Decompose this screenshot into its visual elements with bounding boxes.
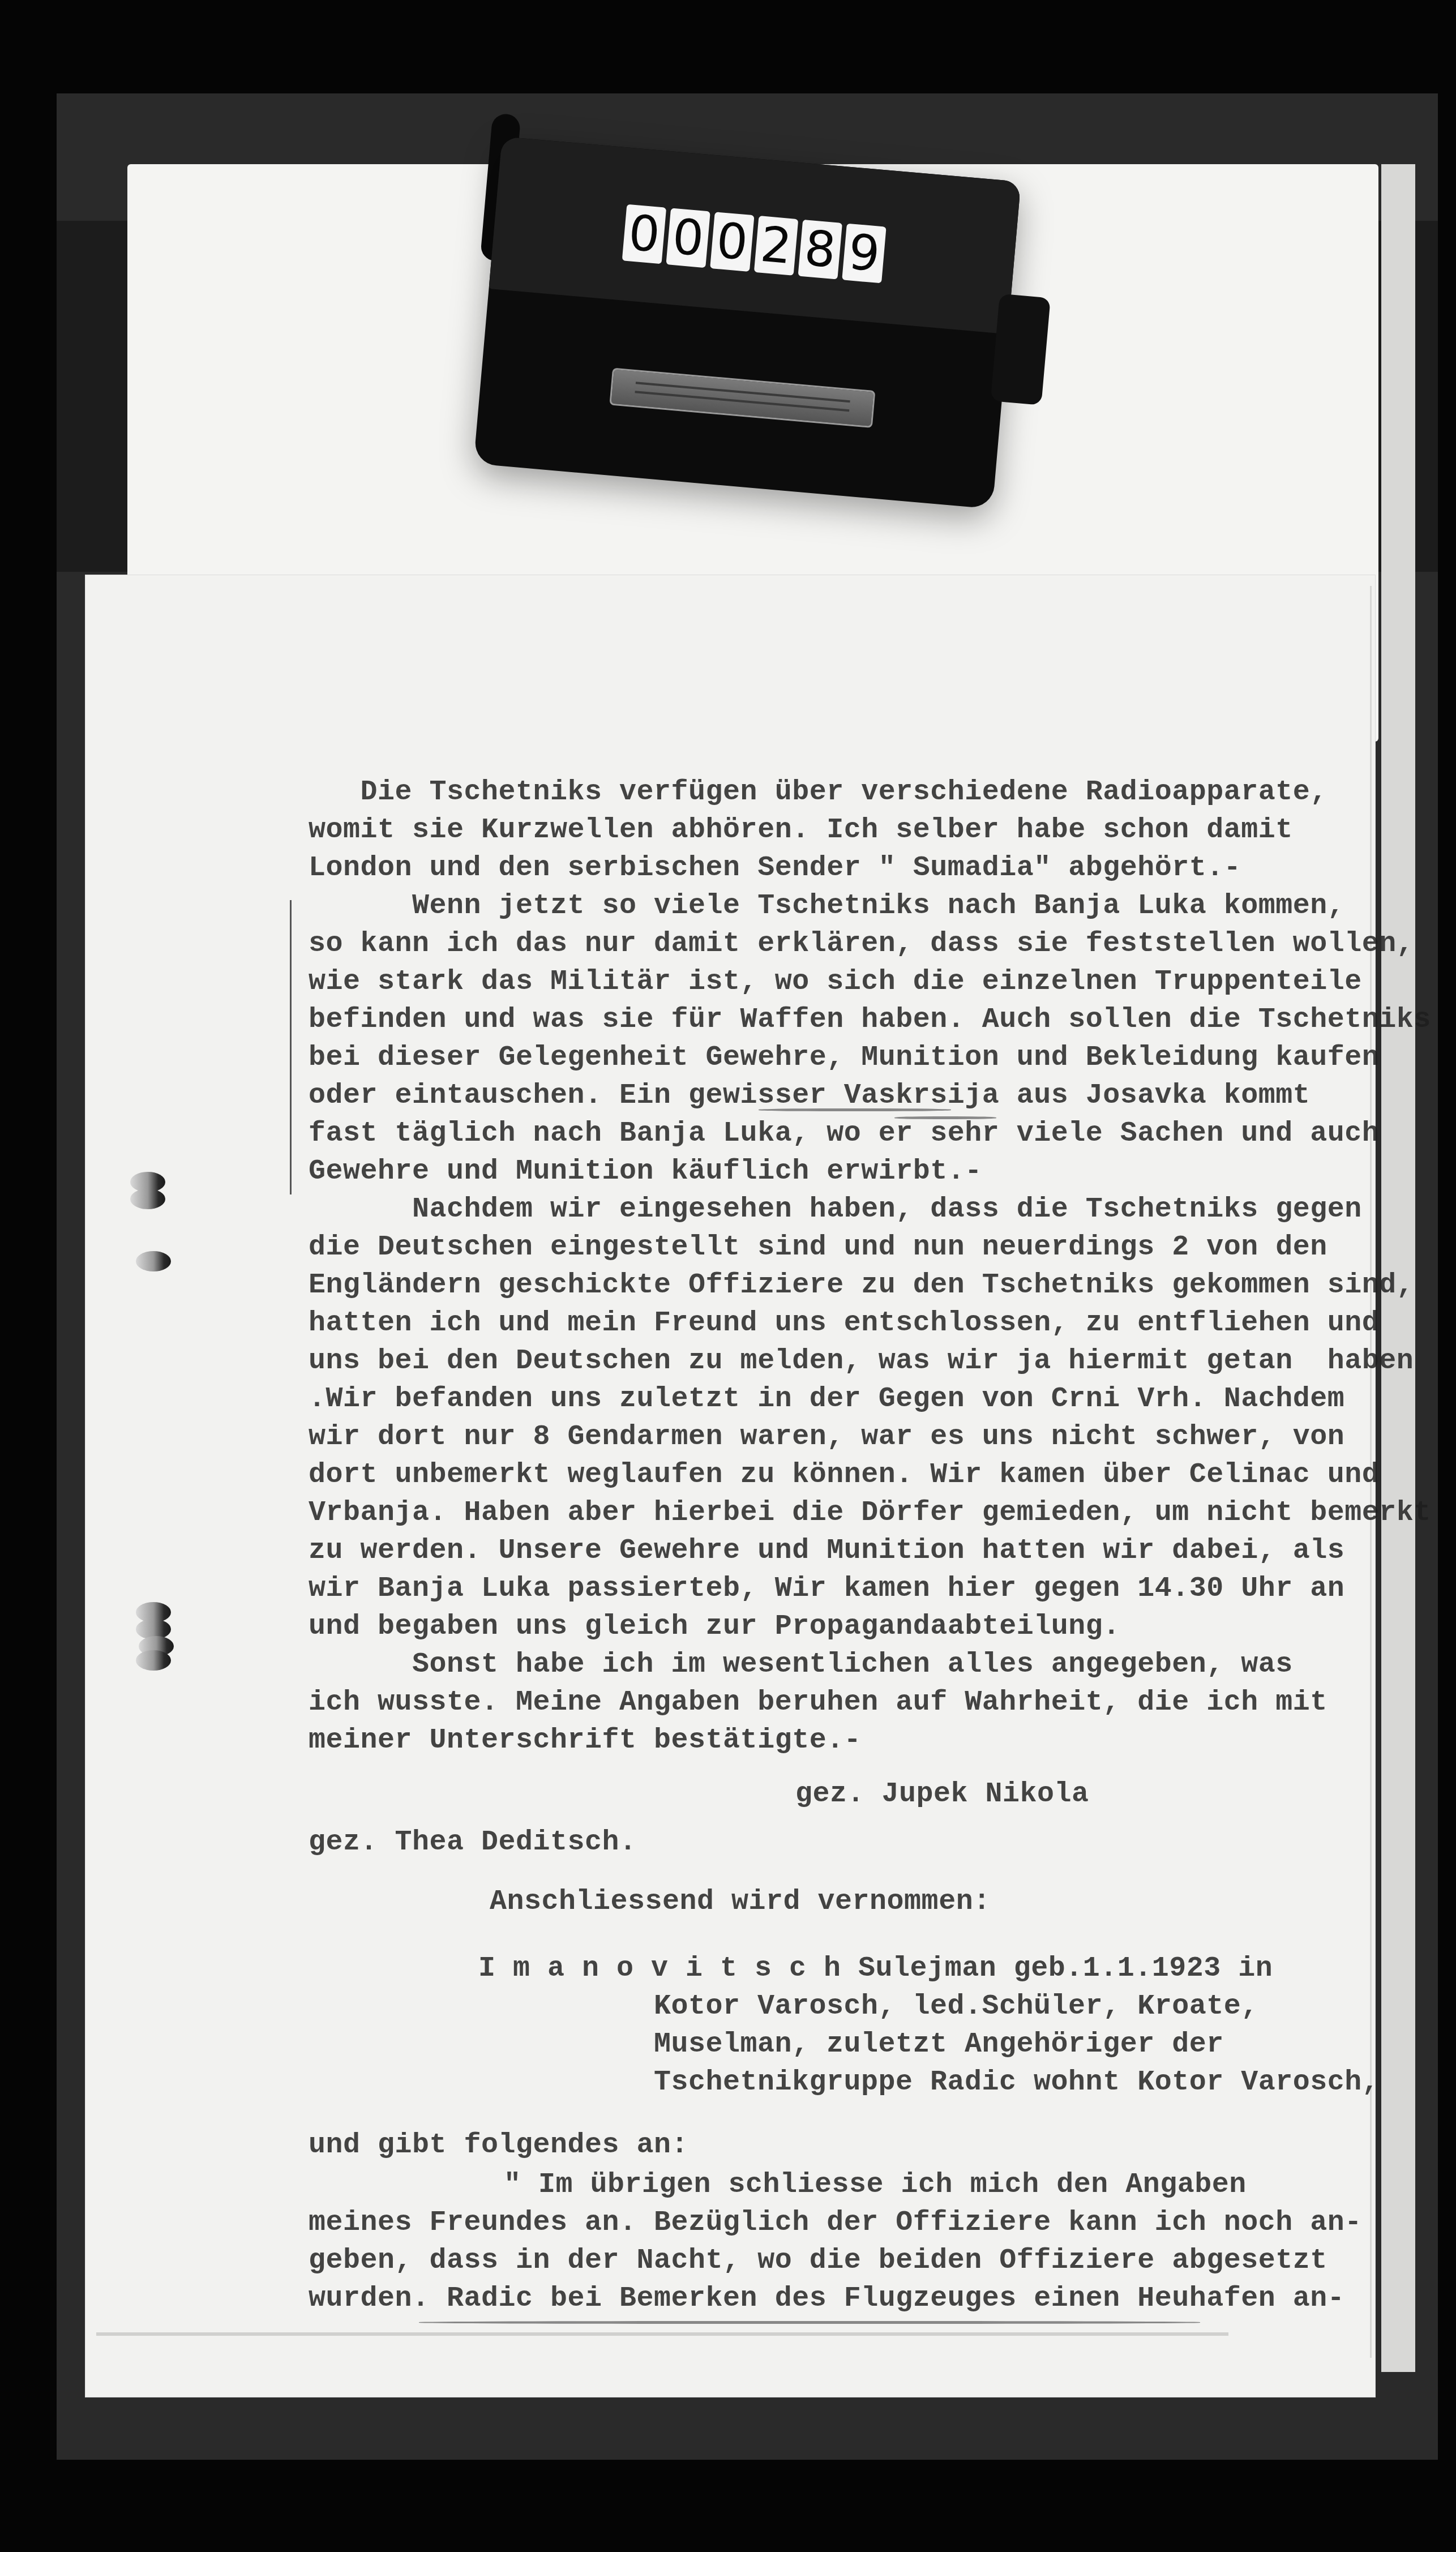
text-line: fast täglich nach Banja Luka, wo er sehr… xyxy=(309,1117,1379,1151)
text-line: und begaben uns gleich zur Propagandaabt… xyxy=(309,1610,1120,1644)
text-line: dort unbemerkt weglaufen zu können. Wir … xyxy=(309,1458,1379,1492)
text-line: Vrbanja. Haben aber hierbei die Dörfer g… xyxy=(309,1496,1431,1530)
text-line: London und den serbischen Sender " Sumad… xyxy=(309,851,1241,885)
text-line: Gewehre und Munition käuflich erwirbt.- xyxy=(309,1155,982,1189)
text-line: zu werden. Unsere Gewehre und Munition h… xyxy=(309,1534,1344,1568)
person-line: I m a n o v i t s c h Sulejman geb.1.1.1… xyxy=(478,1952,1273,1986)
text-line: oder eintauschen. Ein gewisser Vaskrsija… xyxy=(309,1079,1310,1113)
text-line: bei dieser Gelegenheit Gewehre, Munition… xyxy=(309,1041,1379,1075)
signature-deditsch: gez. Thea Deditsch. xyxy=(309,1826,637,1860)
text-line: hatten ich und mein Freund uns entschlos… xyxy=(309,1307,1379,1341)
pencil-underline xyxy=(759,1108,951,1111)
text-line: womit sie Kurzwellen abhören. Ich selber… xyxy=(309,813,1293,847)
text-line: Wenn jetzt so viele Tschetniks nach Banj… xyxy=(309,889,1344,923)
text-line: wie stark das Militär ist, wo sich die e… xyxy=(309,965,1362,999)
person-line: Kotor Varosch, led.Schüler, Kroate, xyxy=(654,1990,1258,2024)
pencil-underline xyxy=(894,1116,996,1119)
typed-text-body: Die Tschetniks verfügen über verschieden… xyxy=(0,0,1456,2552)
text-line: Engländern geschickte Offiziere zu den T… xyxy=(309,1269,1414,1303)
text-line: so kann ich das nur damit erklären, dass… xyxy=(309,927,1414,961)
pencil-underline xyxy=(419,2321,1200,2324)
text-line: Sonst habe ich im wesentlichen alles ang… xyxy=(309,1648,1293,1682)
statement-line: geben, dass in der Nacht, wo die beiden … xyxy=(309,2244,1327,2278)
section-heading: Anschliessend wird vernommen: xyxy=(490,1885,991,1919)
text-line: uns bei den Deutschen zu melden, was wir… xyxy=(309,1344,1414,1378)
statement-line: " Im übrigen schliesse ich mich den Anga… xyxy=(504,2168,1247,2202)
person-line: Muselman, zuletzt Angehöriger der xyxy=(654,2028,1224,2062)
text-line: Nachdem wir eingesehen haben, dass die T… xyxy=(309,1193,1362,1227)
text-line: Die Tschetniks verfügen über verschieden… xyxy=(309,776,1327,810)
person-line: Tschetnikgruppe Radic wohnt Kotor Varosc… xyxy=(654,2066,1379,2100)
text-line: wir Banja Luka passierteb, Wir kamen hie… xyxy=(309,1572,1344,1606)
statement-line: meines Freundes an. Bezüglich der Offizi… xyxy=(309,2206,1362,2240)
statement-intro: und gibt folgendes an: xyxy=(309,2129,688,2163)
text-line: wir dort nur 8 Gendarmen waren, war es u… xyxy=(309,1420,1344,1454)
text-line: die Deutschen eingestellt sind und nun n… xyxy=(309,1231,1327,1265)
text-line: .Wir befanden uns zuletzt in der Gegen v… xyxy=(309,1382,1344,1416)
text-line: ich wusste. Meine Angaben beruhen auf Wa… xyxy=(309,1686,1327,1720)
statement-line: wurden. Radic bei Bemerken des Flugzeuge… xyxy=(309,2282,1344,2316)
text-line: meiner Unterschrift bestätigte.- xyxy=(309,1724,861,1758)
signature-jupek: gez. Jupek Nikola xyxy=(795,1778,1089,1812)
text-line: befinden und was sie für Waffen haben. A… xyxy=(309,1003,1431,1037)
